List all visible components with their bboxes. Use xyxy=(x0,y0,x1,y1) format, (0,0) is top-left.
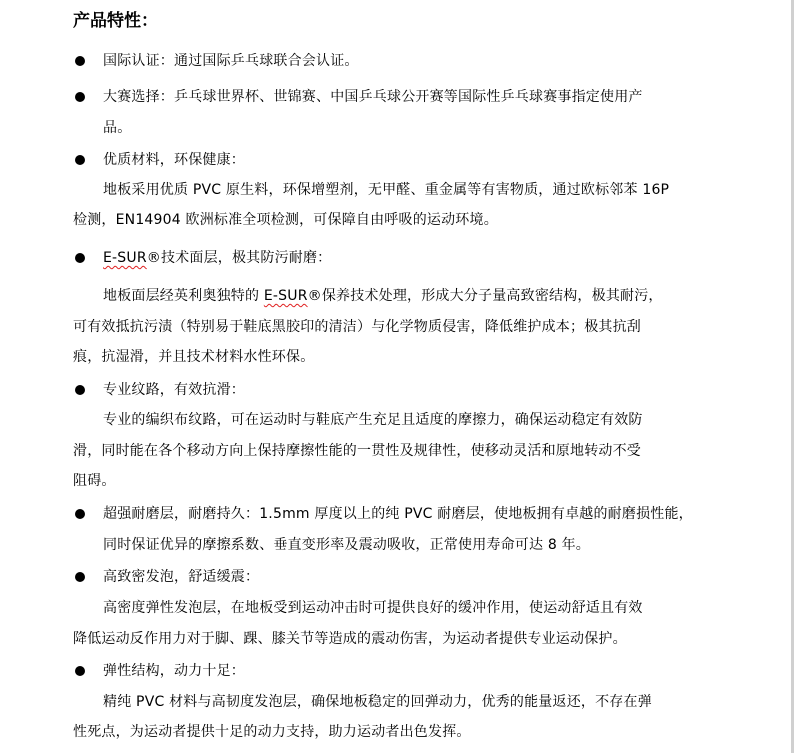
feature-esur-body-line2: 可有效抵抗污渍（特别易于鞋底黑胶印的清洁）与化学物质侵害，降低维护成本；极其抗刮 xyxy=(73,317,641,337)
feature-wear-line2: 同时保证优异的摩擦系数、垂直变形率及震动吸收，正常使用寿命可达 8 年。 xyxy=(103,535,590,555)
bullet-icon xyxy=(75,253,85,263)
feature-competition-line1: 大赛选择：乒乓球世界杯、世锦赛、中国乒乓球公开赛等国际性乒乓球赛事指定使用产 xyxy=(103,87,643,107)
text-run: ®保养技术处理，形成大分子量高致密结构，极其耐污， xyxy=(308,288,663,304)
feature-esur-heading-text: ®技术面层，极其防污耐磨： xyxy=(147,250,332,266)
spellcheck-flag: E-SUR xyxy=(264,288,308,304)
feature-texture-body-line3: 阻碍。 xyxy=(73,471,116,491)
bullet-icon xyxy=(75,509,85,519)
feature-elastic-body-line1: 精纯 PVC 材料与高韧度发泡层，确保地板稳定的回弹动力，优秀的能量返还，不存在… xyxy=(103,692,652,712)
feature-materials-body-line1: 地板采用优质 PVC 原生料，环保增塑剂，无甲醛、重金属等有害物质，通过欧标邻苯… xyxy=(103,180,669,200)
section-title: 产品特性： xyxy=(73,9,158,33)
bullet-icon xyxy=(75,666,85,676)
feature-foam-body-line2: 降低运动反作用力对于脚、踝、膝关节等造成的震动伤害，为运动者提供专业运动保护。 xyxy=(73,629,627,649)
bullet-icon xyxy=(75,572,85,582)
feature-competition-line2: 品。 xyxy=(103,118,131,138)
feature-texture-heading: 专业纹路，有效抗滑： xyxy=(103,380,245,400)
feature-texture-body-line1: 专业的编织布纹路，可在运动时与鞋底产生充足且适度的摩擦力，确保运动稳定有效防 xyxy=(103,410,643,430)
feature-elastic-body-line2: 性死点，为运动者提供十足的动力支持，助力运动者出色发挥。 xyxy=(73,722,471,742)
feature-materials-heading: 优质材料，环保健康： xyxy=(103,150,245,170)
bullet-icon xyxy=(75,56,85,66)
feature-foam-body-line1: 高密度弹性发泡层，在地板受到运动冲击时可提供良好的缓冲作用，使运动舒适且有效 xyxy=(103,598,643,618)
bullet-icon xyxy=(75,385,85,395)
bullet-icon xyxy=(75,92,85,102)
feature-esur-body-line1: 地板面层经英利奥独特的 E-SUR®保养技术处理，形成大分子量高致密结构，极其耐… xyxy=(103,286,663,306)
feature-esur-body-line3: 痕，抗湿滑，并且技术材料水性环保。 xyxy=(73,347,314,367)
feature-elastic-heading: 弹性结构，动力十足： xyxy=(103,661,245,681)
feature-foam-heading: 高致密发泡，舒适缓震： xyxy=(103,567,259,587)
feature-wear-line1: 超强耐磨层，耐磨持久：1.5mm 厚度以上的纯 PVC 耐磨层，使地板拥有卓越的… xyxy=(103,504,693,524)
feature-certification: 国际认证：通过国际乒乓球联合会认证。 xyxy=(103,51,359,71)
spellcheck-flag: E-SUR xyxy=(103,250,147,266)
feature-texture-body-line2: 滑，同时能在各个移动方向上保持摩擦性能的一贯性及规律性，使移动灵活和原地转动不受 xyxy=(73,441,641,461)
feature-materials-body-line2: 检测，EN14904 欧洲标准全项检测，可保障自由呼吸的运动环境。 xyxy=(73,210,498,230)
bullet-icon xyxy=(75,155,85,165)
text-run: 地板面层经英利奥独特的 xyxy=(103,288,264,304)
feature-esur-heading: E-SUR®技术面层，极其防污耐磨： xyxy=(103,248,331,268)
